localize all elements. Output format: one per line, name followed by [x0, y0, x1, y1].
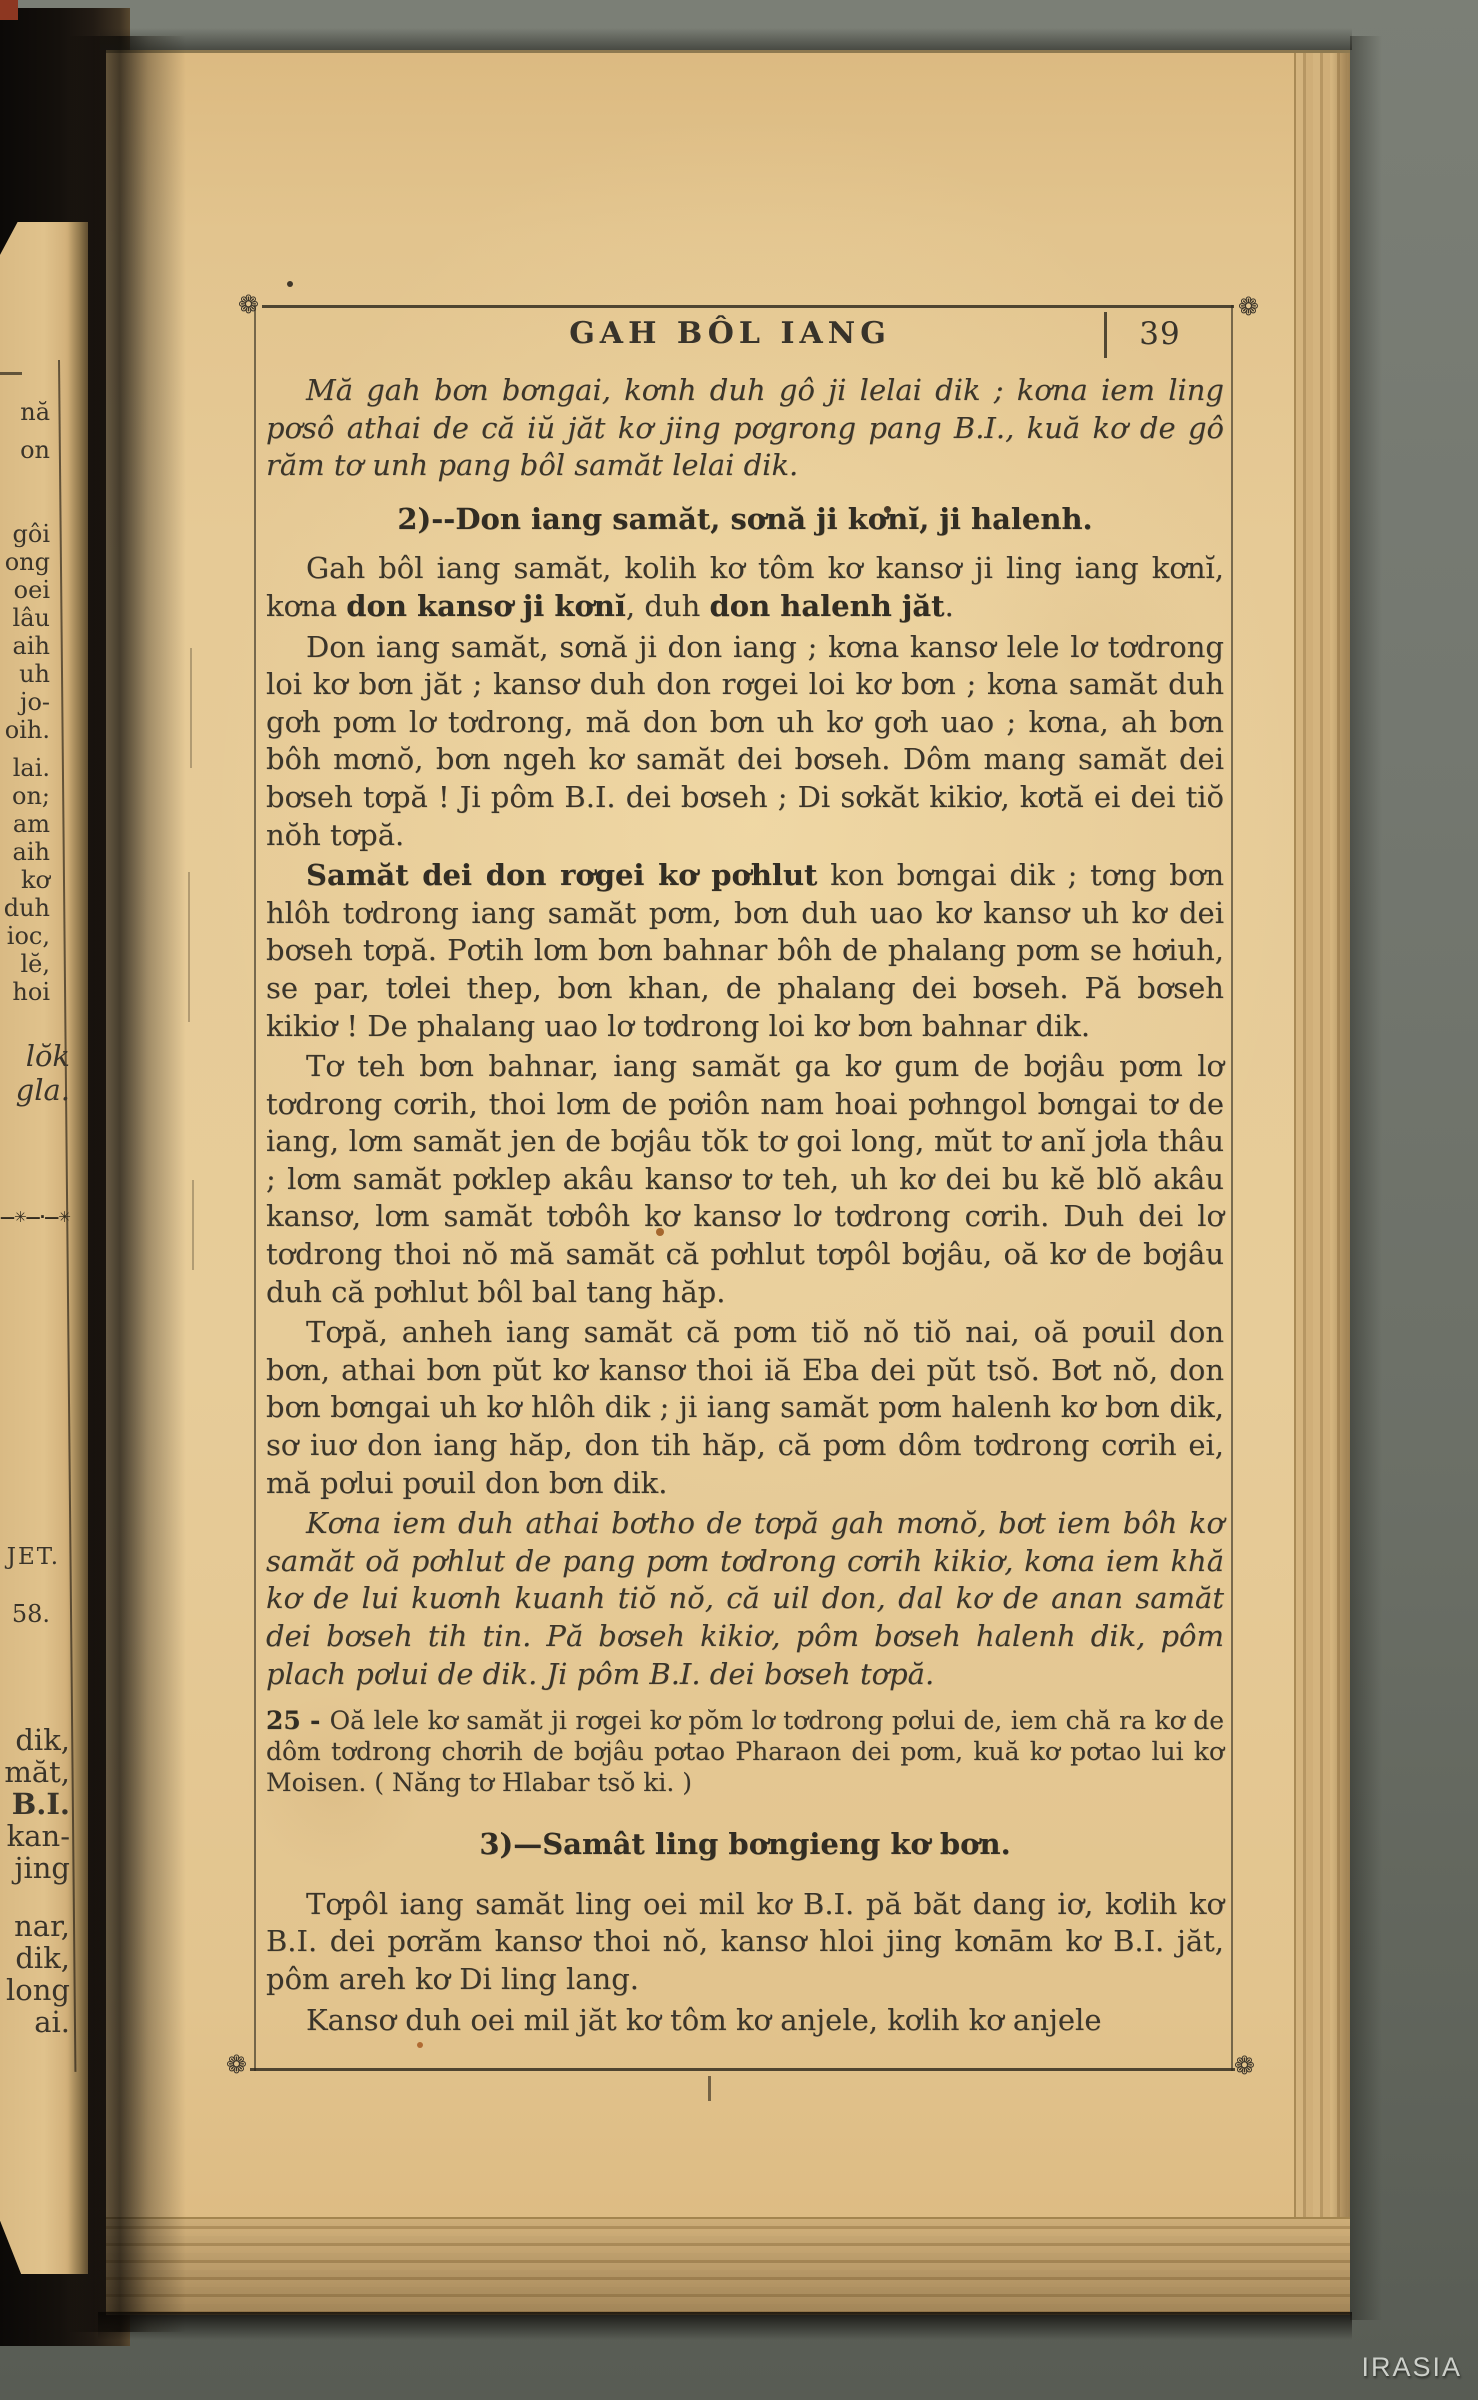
edge-text-fragment: nar,	[14, 1912, 70, 1941]
edge-text-fragment: nă	[20, 400, 50, 424]
flower-ornament-icon: ❁	[1234, 2053, 1255, 2078]
crease-line	[188, 872, 190, 1022]
edge-text-fragment: duh	[4, 896, 50, 920]
header-divider-bar	[1104, 312, 1107, 358]
bold-text-run: 25 -	[266, 1706, 330, 1735]
bold-text-run: Samăt dei don rơgei kơ pơhlut	[306, 858, 817, 892]
edge-text-fragment: kơ	[21, 868, 50, 892]
text-run: , duh	[626, 589, 710, 623]
page-stack-bottom-edges	[106, 2217, 1350, 2315]
watermark-label: IRASIA	[1300, 2352, 1462, 2383]
text-run: Mă gah bơn bơngai, kơnh duh gô ji lelai …	[266, 373, 1224, 482]
text-run: Oă lele kơ samăt ji rơgei kơ pŏm lơ tơdr…	[266, 1706, 1224, 1797]
bold-text-run: don halenh jăt	[709, 589, 944, 623]
paragraph: Kansơ duh oei mil jăt kơ tôm kơ anjele, …	[266, 2002, 1224, 2040]
paragraph: Samăt dei don rơgei kơ pơhlut kon bơngai…	[266, 857, 1224, 1045]
page-stack-right-edges	[1294, 53, 1350, 2315]
flower-ornament-icon: ❁	[226, 2052, 247, 2077]
frame-rule-top	[262, 305, 1234, 308]
section-heading: 2)--Don iang samăt, sơnă ji kơnĭ, ji hal…	[266, 501, 1224, 539]
edge-text-fragment: lai.	[13, 756, 50, 780]
edge-text-fragment: B.I.	[12, 1790, 70, 1819]
edge-text-fragment: aih	[13, 840, 50, 864]
text-run: Kansơ duh oei mil jăt kơ tôm kơ anjele, …	[306, 2003, 1101, 2037]
bottom-signature-mark	[708, 2076, 711, 2101]
edge-text-fragment: dik,	[15, 1726, 70, 1755]
edge-text-fragment: aih	[13, 634, 50, 658]
edge-text-fragment: am	[13, 812, 50, 836]
edge-text-fragment: lâu	[13, 606, 50, 630]
edge-text-fragment: lĕ,	[20, 952, 50, 976]
scanned-book-page: —✳—·—✳ năongôiongoeilâuaihuhjo-oih.lai.o…	[0, 0, 1478, 2400]
edge-text-fragment: on;	[12, 784, 50, 808]
edge-text-fragment: ai.	[34, 2008, 70, 2037]
edge-text-fragment: uh	[19, 662, 50, 686]
frame-rule-bottom	[250, 2068, 1235, 2071]
flower-ornament-icon: ❁	[1238, 294, 1259, 319]
edge-text-fragment: jing	[14, 1854, 70, 1883]
page-top-shadow	[100, 28, 1352, 50]
edge-text-fragment: ioc,	[7, 924, 50, 948]
edge-text-fragment: măt,	[4, 1758, 70, 1787]
edge-text-fragment: dik,	[15, 1944, 70, 1973]
edge-text-fragment: hoi	[12, 980, 50, 1004]
edge-text-fragment: ong	[5, 550, 50, 574]
text-run: 2)--Don iang samăt, sơnă ji kơnĭ, ji hal…	[397, 502, 1092, 536]
frame-rule-left	[254, 305, 256, 2071]
text-run: Tơpă, anheh iang samăt că pơm tiŏ nŏ tiŏ…	[266, 1315, 1224, 1499]
edge-text-fragment: long	[6, 1976, 70, 2005]
ink-speck	[417, 2042, 423, 2048]
edge-text-fragment: kan-	[7, 1822, 70, 1851]
page-right-shadow	[1350, 36, 1382, 2320]
bold-text-run: don kansơ ji kơnĭ	[346, 589, 626, 623]
ink-speck	[287, 281, 293, 287]
text-run: Kơna iem duh athai bơtho de tơpă gah mơn…	[266, 1506, 1224, 1690]
frame-rule-right	[1231, 305, 1233, 2071]
paragraph: Gah bôl iang samăt, kolih kơ tôm kơ kans…	[266, 550, 1224, 625]
text-run: 3)—Samât ling bơngieng kơ bơn.	[479, 1827, 1010, 1861]
text-run: .	[945, 589, 954, 623]
text-run: Don iang samăt, sơnă ji don iang ; kơna …	[266, 630, 1224, 852]
paragraph: Tơpôl iang samăt ling oei mil kơ B.I. pă…	[266, 1886, 1224, 1999]
paragraph: Mă gah bơn bơngai, kơnh duh gô ji lelai …	[266, 372, 1224, 485]
crease-line	[192, 1180, 194, 1270]
text-run: Tơ teh bơn bahnar, iang samăt ga kơ gum …	[266, 1049, 1224, 1309]
footnote: 25 - Oă lele kơ samăt ji rơgei kơ pŏm lơ…	[266, 1705, 1224, 1798]
edge-text-fragment: on	[20, 438, 50, 462]
edge-text-fragment: JET.	[7, 1546, 60, 1569]
edge-text-fragments: năongôiongoeilâuaihuhjo-oih.lai.on;amaih…	[0, 0, 52, 2400]
section-heading: 3)—Samât ling bơngieng kơ bơn.	[266, 1826, 1224, 1864]
running-header-title: GAH BÔL IANG	[440, 316, 1020, 351]
flower-ornament-icon: ❁	[238, 292, 259, 317]
paragraph: Tơ teh bơn bahnar, iang samăt ga kơ gum …	[266, 1048, 1224, 1311]
ink-speck	[656, 1228, 664, 1236]
crease-line	[190, 648, 192, 768]
ink-speck	[884, 506, 891, 513]
edge-text-fragment: gôi	[13, 522, 51, 546]
paragraph: Don iang samăt, sơnă ji don iang ; kơna …	[266, 629, 1224, 855]
edge-text-fragment: oei	[14, 578, 50, 602]
edge-text-fragment: oih.	[5, 718, 50, 742]
edge-text-fragment: jo-	[20, 690, 50, 714]
edge-text-fragment: 58.	[12, 1602, 50, 1626]
paragraph: Tơpă, anheh iang samăt că pơm tiŏ nŏ tiŏ…	[266, 1314, 1224, 1502]
edge-text-fragment: gla.	[16, 1076, 70, 1105]
page-number: 39	[1118, 316, 1202, 352]
book-bottom-shadow	[98, 2312, 1352, 2340]
text-block: Mă gah bơn bơngai, kơnh duh gô ji lelai …	[266, 372, 1224, 2042]
paragraph: Kơna iem duh athai bơtho de tơpă gah mơn…	[266, 1505, 1224, 1693]
edge-text-fragment: lŏk	[26, 1042, 70, 1071]
text-run: Tơpôl iang samăt ling oei mil kơ B.I. pă…	[266, 1887, 1224, 1996]
